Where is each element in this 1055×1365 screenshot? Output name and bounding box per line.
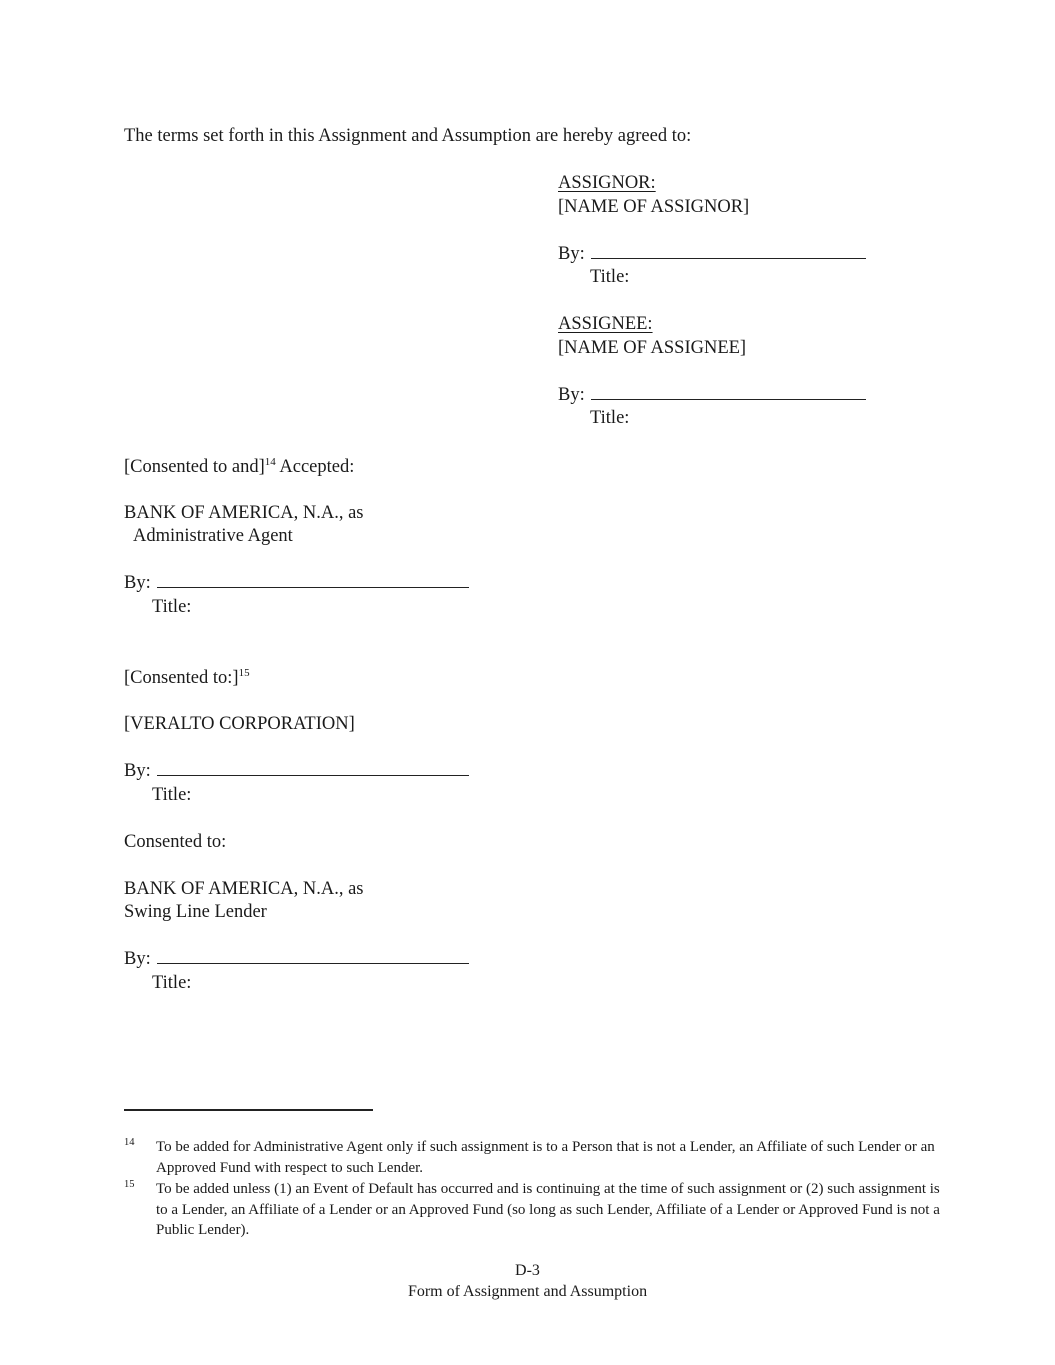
swing-line-title-label: Title: bbox=[152, 974, 191, 993]
admin-agent-title-label: Title: bbox=[152, 598, 191, 617]
admin-agent-signature-line[interactable]: By: bbox=[124, 574, 469, 593]
admin-agent-entity-line1: BANK OF AMERICA, N.A., as bbox=[124, 504, 364, 523]
borrower-signature-line[interactable]: By: bbox=[124, 762, 469, 781]
admin-agent-consent: [Consented to and]14 Accepted: bbox=[124, 457, 354, 477]
intro-text: The terms set forth in this Assignment a… bbox=[124, 127, 691, 146]
page-number: D-3 bbox=[0, 1263, 1055, 1279]
assignee-title-label: Title: bbox=[590, 409, 629, 428]
borrower-entity: [VERALTO CORPORATION] bbox=[124, 715, 355, 734]
borrower-title-label: Title: bbox=[152, 786, 191, 805]
swing-line-signature-line[interactable]: By: bbox=[124, 950, 469, 969]
borrower-consent: [Consented to:]15 bbox=[124, 668, 250, 688]
assignor-by-label: By: bbox=[558, 244, 585, 264]
assignor-signature-field[interactable] bbox=[591, 257, 866, 259]
footnote-15-text: To be added unless (1) an Event of Defau… bbox=[156, 1179, 946, 1241]
assignee-name: [NAME OF ASSIGNEE] bbox=[558, 339, 746, 358]
admin-agent-signature-field[interactable] bbox=[157, 586, 469, 588]
assignee-signature-field[interactable] bbox=[591, 398, 866, 400]
assignor-signature-line[interactable]: By: bbox=[558, 245, 866, 264]
assignor-heading: ASSIGNOR: bbox=[558, 174, 656, 193]
footnote-ref-15[interactable]: 15 bbox=[239, 667, 250, 679]
swing-line-entity-line1: BANK OF AMERICA, N.A., as bbox=[124, 880, 364, 899]
assignor-name: [NAME OF ASSIGNOR] bbox=[558, 198, 749, 217]
footnote-15-number: 15 bbox=[124, 1180, 135, 1191]
assignee-by-label: By: bbox=[558, 385, 585, 405]
admin-agent-by-label: By: bbox=[124, 573, 151, 593]
assignee-signature-line[interactable]: By: bbox=[558, 386, 866, 405]
swing-line-by-label: By: bbox=[124, 949, 151, 969]
document-title-footer: Form of Assignment and Assumption bbox=[0, 1284, 1055, 1300]
footnote-separator bbox=[124, 1109, 373, 1111]
swing-line-consent: Consented to: bbox=[124, 833, 226, 852]
swing-line-entity-line2: Swing Line Lender bbox=[124, 903, 267, 922]
borrower-by-label: By: bbox=[124, 761, 151, 781]
borrower-signature-field[interactable] bbox=[157, 774, 469, 776]
admin-agent-entity-line2: Administrative Agent bbox=[133, 527, 293, 546]
assignor-title-label: Title: bbox=[590, 268, 629, 287]
footnote-ref-14[interactable]: 14 bbox=[265, 456, 276, 468]
swing-line-signature-field[interactable] bbox=[157, 962, 469, 964]
assignee-heading: ASSIGNEE: bbox=[558, 315, 653, 334]
footnote-14-text: To be added for Administrative Agent onl… bbox=[156, 1137, 946, 1178]
footnote-14-number: 14 bbox=[124, 1138, 135, 1149]
